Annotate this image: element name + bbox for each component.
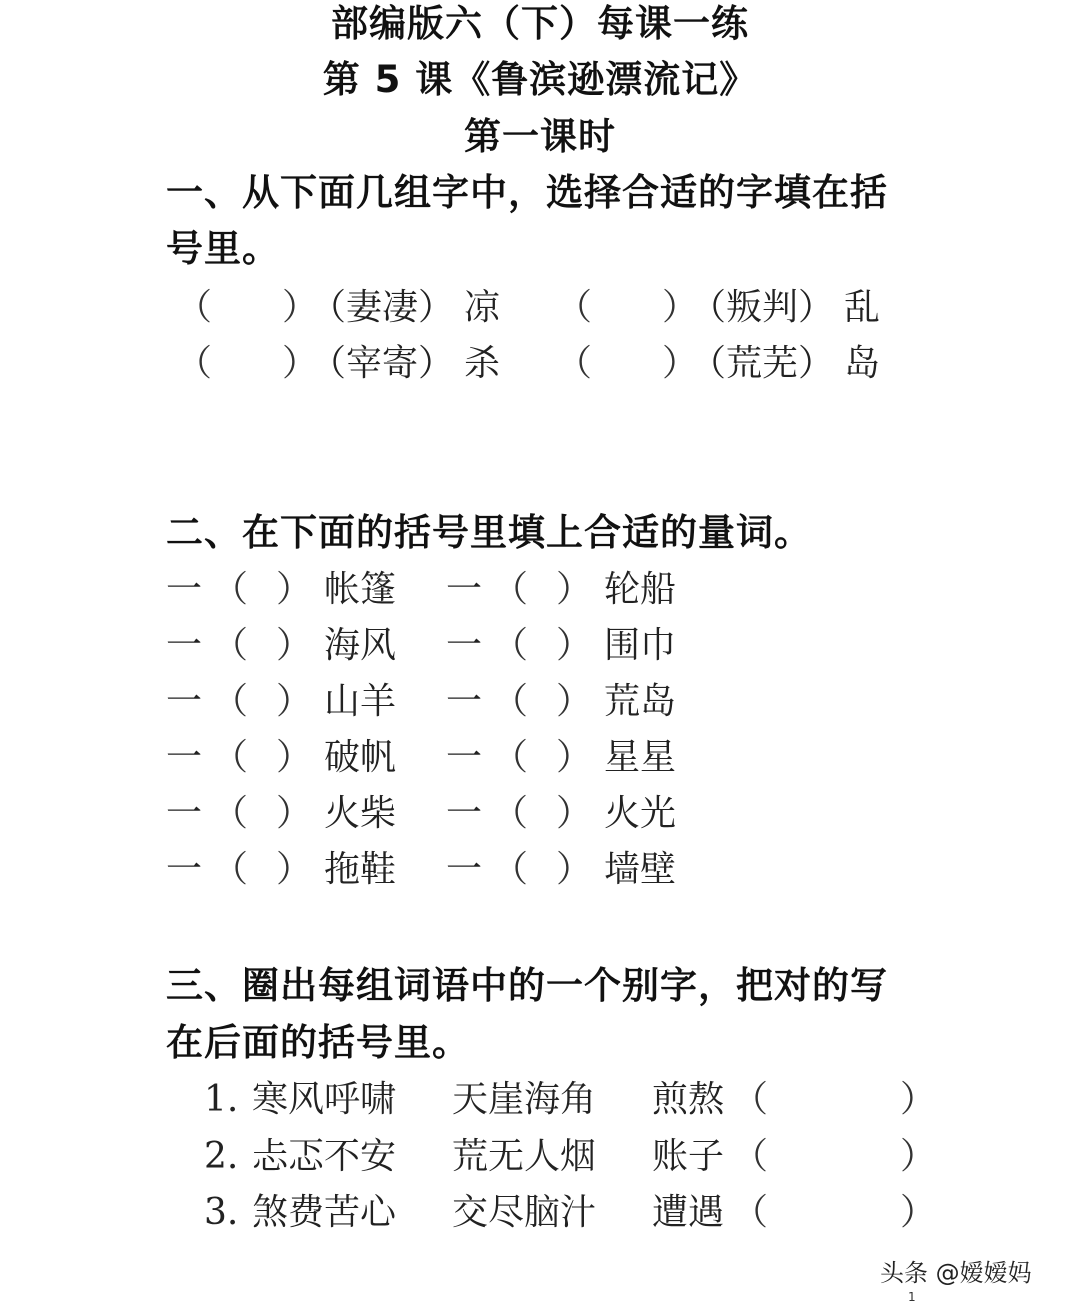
noun: 轮船	[604, 565, 676, 615]
numeral-one: 一	[446, 789, 482, 839]
noun: 帐篷	[324, 565, 396, 615]
blank-close-paren: ）	[276, 789, 312, 839]
section2-heading: 二、在下面的括号里填上合适的量词。	[166, 510, 812, 556]
word[interactable]: 账子	[652, 1132, 724, 1182]
numeral-one: 一	[166, 733, 202, 783]
section1-heading-line2: 号里。	[166, 226, 280, 272]
idiom[interactable]: 荒无人烟	[452, 1132, 596, 1182]
noun: 拖鞋	[324, 845, 396, 895]
numeral-one: 一	[446, 845, 482, 895]
blank-close-paren: ）	[556, 845, 592, 895]
blank-open-paren: （	[556, 339, 592, 389]
answer-blank[interactable]	[590, 339, 665, 389]
blank-close-paren: ）	[276, 565, 312, 615]
worksheet-title: 部编版六（下）每课一练	[0, 1, 1080, 47]
noun: 围巾	[604, 621, 676, 671]
period-title: 第一课时	[0, 114, 1080, 160]
noun: 破帆	[324, 733, 396, 783]
idiom[interactable]: 交尽脑汁	[452, 1188, 596, 1238]
answer-blank[interactable]	[766, 1188, 906, 1238]
word[interactable]: 遭遇	[652, 1188, 724, 1238]
lesson-title: 第 5 课《鲁滨逊漂流记》	[0, 57, 1080, 103]
blank-close-paren: ）	[556, 677, 592, 727]
blank-open-paren: （	[176, 339, 212, 389]
answer-blank[interactable]	[210, 283, 285, 333]
blank-close-paren: ）	[556, 565, 592, 615]
section1-heading-line1: 一、从下面几组字中，选择合适的字填在括	[166, 170, 888, 216]
noun: 山羊	[324, 677, 396, 727]
suffix-char: 杀	[464, 339, 500, 389]
suffix-char: 凉	[464, 283, 500, 333]
idiom[interactable]: 寒风呼啸	[252, 1075, 396, 1125]
blank-close-paren: ）	[900, 1132, 936, 1182]
noun: 荒岛	[604, 677, 676, 727]
choice-pair: （宰寄）	[310, 339, 454, 389]
item-number: 1.	[204, 1075, 238, 1125]
blank-open-paren: （	[556, 283, 592, 333]
blank-open-paren: （	[732, 1075, 768, 1125]
numeral-one: 一	[446, 565, 482, 615]
section3-heading-line1: 三、圈出每组词语中的一个别字，把对的写	[166, 963, 888, 1009]
item-number: 3.	[204, 1188, 238, 1238]
choice-pair: （叛判）	[690, 283, 834, 333]
answer-blank[interactable]	[766, 1132, 906, 1182]
noun: 墙壁	[604, 845, 676, 895]
idiom[interactable]: 煞费苦心	[252, 1188, 396, 1238]
numeral-one: 一	[446, 621, 482, 671]
item-number: 2.	[204, 1132, 238, 1182]
blank-open-paren: （	[732, 1188, 768, 1238]
blank-open-paren: （	[176, 283, 212, 333]
choice-pair: （荒芜）	[690, 339, 834, 389]
blank-close-paren: ）	[276, 845, 312, 895]
numeral-one: 一	[166, 565, 202, 615]
section3-heading-line2: 在后面的括号里。	[166, 1020, 470, 1066]
noun: 星星	[604, 733, 676, 783]
blank-close-paren: ）	[276, 677, 312, 727]
answer-blank[interactable]	[590, 283, 665, 333]
blank-close-paren: ）	[276, 733, 312, 783]
idiom[interactable]: 忐忑不安	[252, 1132, 396, 1182]
numeral-one: 一	[446, 733, 482, 783]
blank-close-paren: ）	[556, 621, 592, 671]
numeral-one: 一	[166, 845, 202, 895]
suffix-char: 乱	[844, 283, 880, 333]
noun: 火光	[604, 789, 676, 839]
watermark: 头条 @嫒嫒妈	[880, 1258, 1032, 1288]
numeral-one: 一	[446, 677, 482, 727]
page-number: 1	[908, 1290, 916, 1304]
answer-blank[interactable]	[210, 339, 285, 389]
blank-close-paren: ）	[900, 1188, 936, 1238]
blank-open-paren: （	[732, 1132, 768, 1182]
blank-close-paren: ）	[900, 1075, 936, 1125]
noun: 火柴	[324, 789, 396, 839]
choice-pair: （妻凄）	[310, 283, 454, 333]
suffix-char: 岛	[844, 339, 880, 389]
blank-close-paren: ）	[556, 733, 592, 783]
idiom[interactable]: 天崖海角	[452, 1075, 596, 1125]
blank-close-paren: ）	[556, 789, 592, 839]
numeral-one: 一	[166, 621, 202, 671]
numeral-one: 一	[166, 789, 202, 839]
numeral-one: 一	[166, 677, 202, 727]
blank-close-paren: ）	[276, 621, 312, 671]
answer-blank[interactable]	[766, 1075, 906, 1125]
word[interactable]: 煎熬	[652, 1075, 724, 1125]
noun: 海风	[324, 621, 396, 671]
